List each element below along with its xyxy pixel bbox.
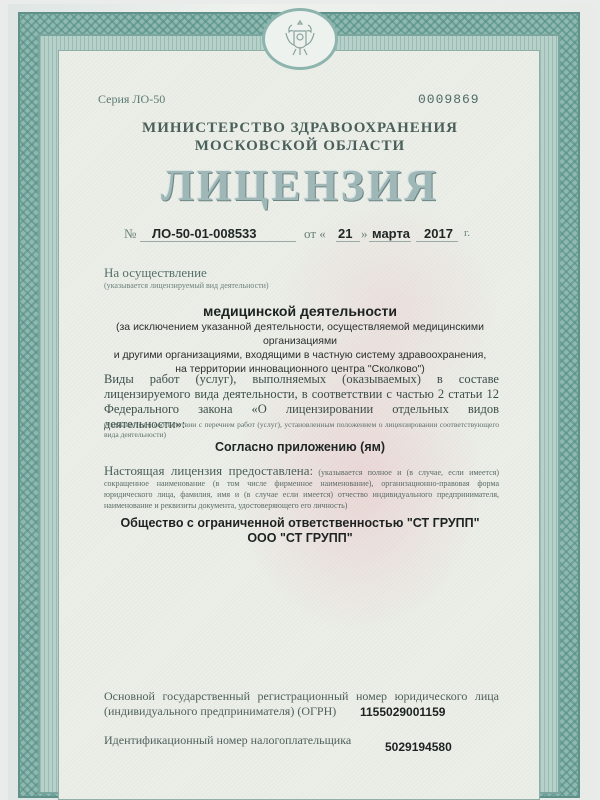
inn-value: 5029194580 [385,740,452,754]
ministry-name-line2: МОСКОВСКОЙ ОБЛАСТИ [80,138,520,155]
serial-number: 0009869 [418,92,480,107]
license-number-row: № ЛО-50-01-008533 от « 21 » марта 2017 г… [124,226,484,244]
ogrn-value: 1155029001159 [360,705,445,719]
activity-note-line1: (за исключением указанной деятельности, … [80,320,520,348]
document-title: ЛИЦЕНЗИЯ [80,160,520,211]
license-number: ЛО-50-01-008533 [152,226,257,241]
appendix-reference: Согласно приложению (ям) [80,440,520,454]
year-suffix: г. [464,227,470,239]
ogrn-label-line2: (индивидуального предпринимателя) (ОГРН) [104,704,336,719]
double-headed-eagle-emblem-icon [280,17,320,61]
purpose-label: На осуществление [104,265,207,281]
number-sign-label: № [124,226,136,242]
purpose-hint: (указывается лицензируемый вид деятельно… [104,281,269,290]
ogrn-label-line1: Основной государственный регистрационный… [104,688,499,704]
license-month: марта [372,226,410,241]
organization-short-name: ООО "СТ ГРУПП" [80,531,520,545]
number-underline [140,241,296,242]
inn-label: Идентификационный номер налогоплательщик… [104,733,351,748]
ministry-name-line1: МИНИСТЕРСТВО ЗДРАВООХРАНЕНИЯ [80,120,520,137]
month-prefix: » [361,226,368,242]
license-day: 21 [338,226,352,241]
license-year: 2017 [424,226,453,241]
emblem-medallion [262,8,338,70]
date-from-label: от « [304,226,326,242]
year-underline [416,241,458,242]
activity-note: (за исключением указанной деятельности, … [80,320,520,376]
works-hint: (указывается в соответствии с перечнем р… [104,420,499,440]
granted-label: Настоящая лицензия предоставлена: [104,463,313,478]
activity-note-line2: и другими организациями, входящими в час… [80,348,520,362]
organization-full-name: Общество с ограниченной ответственностью… [80,516,520,530]
month-underline [369,241,411,242]
licensed-activity: медицинской деятельности [80,303,520,319]
day-underline [336,241,360,242]
granted-section: Настоящая лицензия предоставлена: (указы… [104,465,499,511]
series-label: Серия ЛО-50 [98,92,165,107]
